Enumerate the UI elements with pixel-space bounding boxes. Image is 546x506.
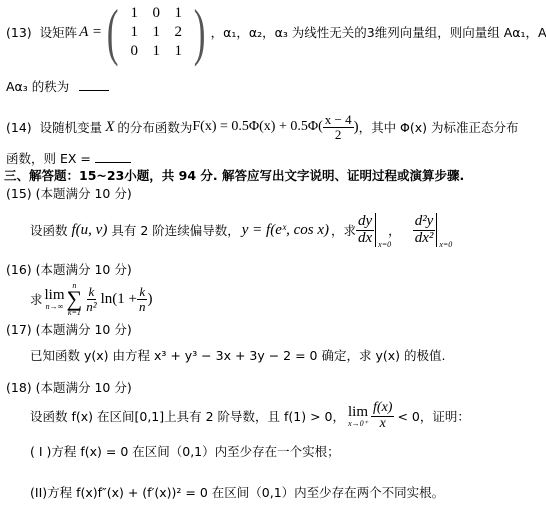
question-18-part2: (II)方程 f(x)f″(x) + (f′(x))² = 0 在区间（0,1）… [30,483,444,501]
question-text: < 0，证明： [397,407,469,425]
second-derivative: d²y dx² [413,214,436,247]
log-term: ln(1 + [101,291,137,308]
sum-lower: k=1 [68,309,81,316]
matrix-cell: 2 [167,24,189,41]
answer-blank[interactable] [95,162,131,163]
lim-label: lim [348,405,368,420]
matrix-cell: 0 [123,43,145,60]
matrix-a: ( 1 0 1 1 1 2 0 1 1 ) [102,0,211,64]
fraction: k n² [84,285,98,313]
question-13: (13) 设矩阵 A = ( 1 0 1 1 1 2 0 1 1 ) ，α₁，α… [6,4,546,60]
question-17-header: (17) (本题满分 10 分) [6,320,132,338]
evaluation-bar: x=0 [375,213,376,247]
numerator: k [87,285,97,300]
question-13-line2: Aα₃ 的秩为 [6,77,109,95]
function: f(u, v) [72,222,108,239]
variable: X [105,119,114,136]
question-text: 的分布函数为 [117,118,192,136]
fraction: f(x) x [371,401,394,431]
question-18-header: (18) (本题满分 10 分) [6,378,132,396]
denominator: 2 [333,128,344,142]
section-heading: 三、解答题：15~23小题，共 94 分. 解答应写出文字说明、证明过程或演算步… [4,166,464,184]
numerator: k [137,285,147,300]
question-text: ，α₁，α₂，α₃ 为线性无关的3维列向量组，则向量组 Aα₁，Aα₂， [211,23,546,41]
denominator: x [378,417,388,432]
numerator: x − 4 [323,113,354,128]
question-15-header: (15) (本题满分 10 分) [6,184,132,202]
fraction: k n [137,285,148,313]
question-text: 设函数 f(x) 在区间[0,1]上具有 2 阶导数，且 f(1) > 0， [30,407,345,425]
matrix-cell: 0 [145,5,167,22]
summation: n ∑ k=1 [67,282,83,316]
left-paren: ( [107,0,119,64]
question-text: 设函数 [30,221,68,239]
question-18: 设函数 f(x) 在区间[0,1]上具有 2 阶导数，且 f(1) > 0， l… [30,396,470,436]
denominator: n [137,300,148,314]
denominator: n² [84,300,98,314]
denominator: dx [356,231,374,247]
question-15: 设函数 f(u, v) 具有 2 阶连续偏导数， y = f(eˣ, cos x… [30,208,437,252]
matrix-cell: 1 [167,43,189,60]
sigma-icon: ∑ [67,289,83,309]
matrix-cell: 1 [145,24,167,41]
numerator: f(x) [371,401,394,417]
numerator: d²y [413,214,436,231]
numerator: dy [356,214,374,231]
fraction: x − 4 2 [323,113,354,141]
matrix-grid: 1 0 1 1 1 2 0 1 1 [123,5,189,60]
question-intro: 设矩阵 [40,23,78,41]
question-number: (13) [6,25,32,40]
limit: lim n→∞ [45,288,65,311]
matrix-cell: 1 [145,43,167,60]
denominator: dx² [413,231,436,247]
equation: y = f(eˣ, cos x) [242,222,329,239]
first-derivative: dy dx [356,214,374,247]
matrix-cell: 1 [123,5,145,22]
lim-label: lim [45,288,65,303]
eval-point: x=0 [378,240,391,249]
question-18-part1: ( I )方程 f(x) = 0 在区间（0,1）内至少存在一个实根； [30,442,340,460]
matrix-cell: 1 [123,24,145,41]
question-14-line2: 函数，则 EX = [6,149,131,167]
question-16-header: (16) (本题满分 10 分) [6,260,132,278]
question-14: (14) 设随机变量 X 的分布函数为 F(x) = 0.5Φ(x) + 0.5… [6,110,519,144]
lim-subscript: n→∞ [46,303,64,311]
formula: F(x) = 0.5Φ(x) + 0.5Φ( [192,119,322,135]
matrix-cell: 1 [167,5,189,22]
question-16: 求 lim n→∞ n ∑ k=1 k n² ln(1 + k n ) [30,280,153,318]
eval-point: x=0 [439,240,452,249]
question-text: 具有 2 阶连续偏导数， [111,221,239,239]
matrix-name: A = [79,24,102,41]
evaluation-bar: x=0 [436,213,437,247]
expectation-text: 函数，则 EX = [6,151,91,166]
question-17: 已知函数 y(x) 由方程 x³ + y³ − 3x + 3y − 2 = 0 … [30,346,445,364]
rank-text: Aα₃ 的秩为 [6,79,69,94]
lim-subscript: x→0⁺ [348,420,368,428]
right-paren: ) [194,0,206,64]
limit: lim x→0⁺ [348,405,368,428]
question-text: 求 [30,290,43,308]
question-number: (14) [6,120,32,135]
question-text: ，求 [331,221,356,239]
question-text: 设随机变量 [40,118,103,136]
close-paren: ) [148,291,153,308]
separator: ， [388,221,401,239]
question-text: ，其中 Φ(x) 为标准正态分布 [359,118,519,136]
answer-blank[interactable] [79,90,109,91]
